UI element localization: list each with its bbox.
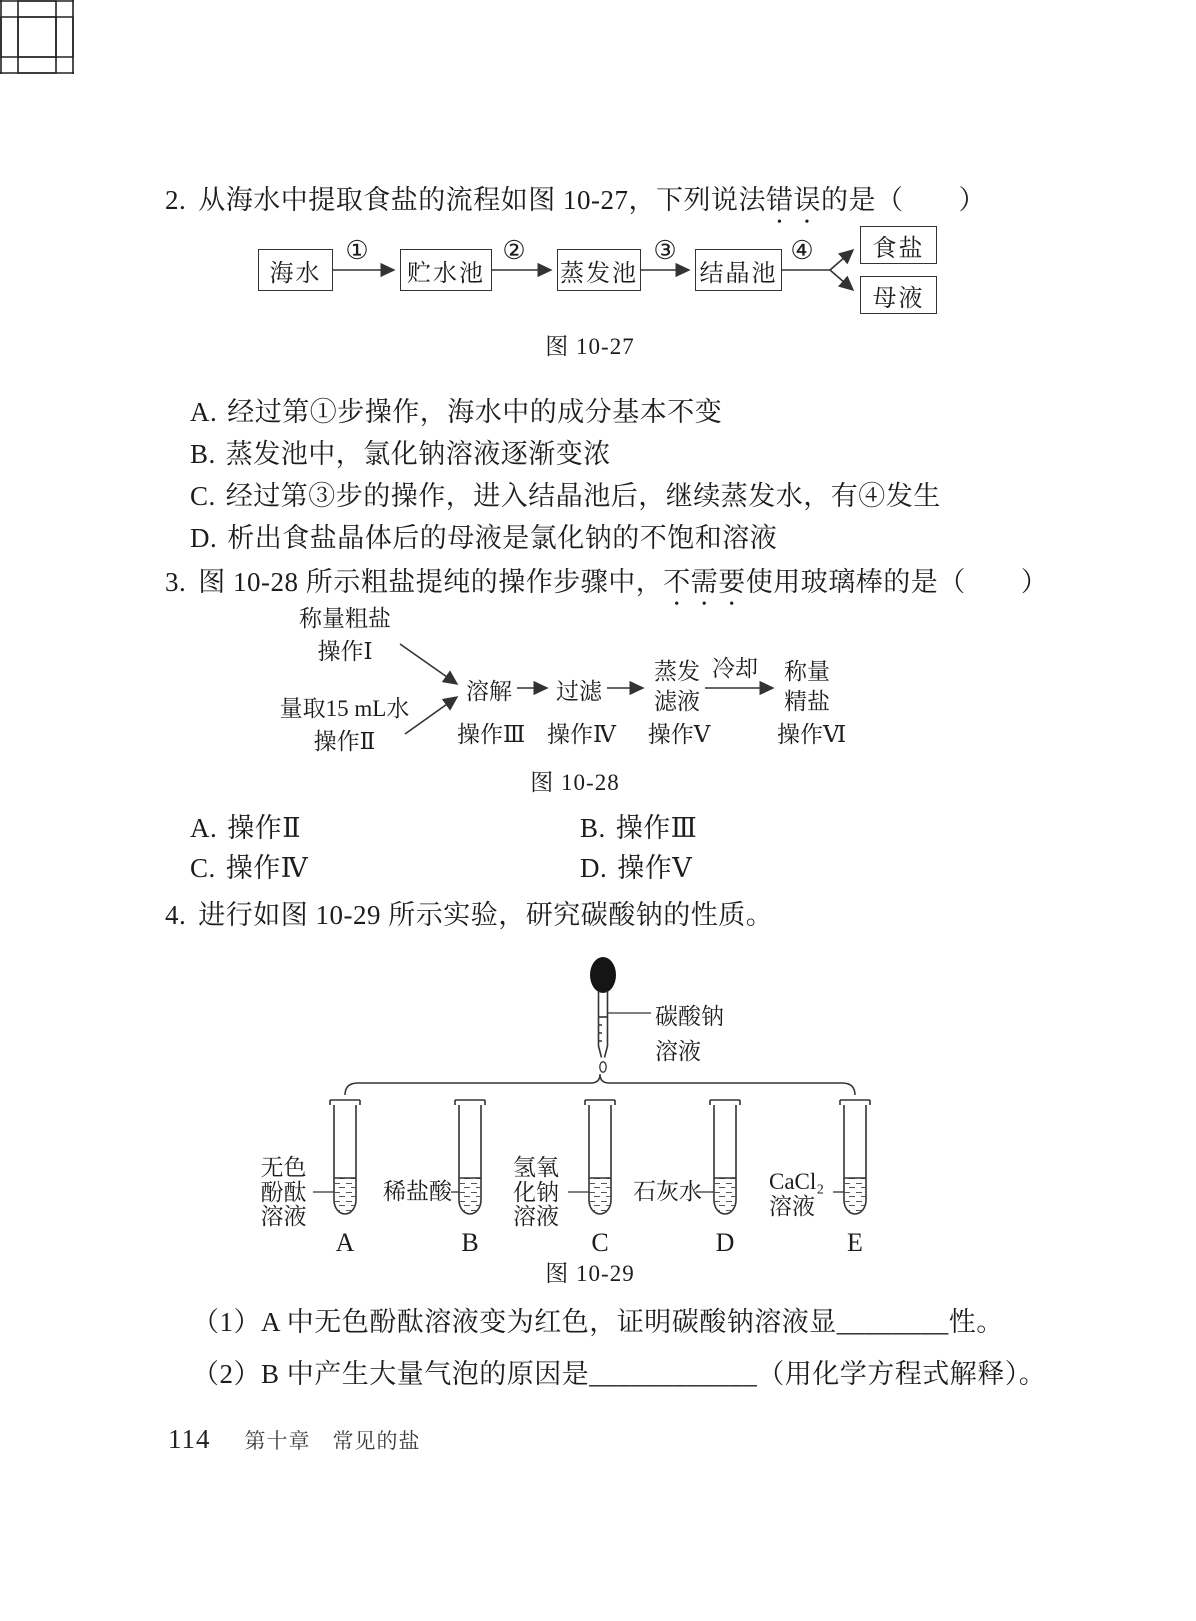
step-1-label: ① [341,236,373,266]
q3-option-a: A.操作Ⅱ [190,806,301,845]
fig28-op-6: 操作Ⅵ [777,716,841,749]
figure-10-27: 海水 贮水池 蒸发池 结晶池 食盐 母液 ① ② ③ ④ [255,222,945,322]
tube-e-label: CaCl₂ 溶液 [769,1169,835,1219]
question-4-number: 4. [165,900,186,930]
fig28-op-4: 操作Ⅳ [547,716,611,749]
test-tube-c [585,1100,615,1214]
crop-mark-bottom-right [0,0,74,74]
figure-10-29: 碳酸钠 溶液 无色 酚酞 溶液 稀盐酸 氢氧 化钠 溶液 石灰水 CaCl₂ 溶… [255,925,915,1290]
q4-sub-question-1: （1）A 中无色酚酞溶液变为红色，证明碳酸钠溶液显________性。 [192,1300,1004,1339]
flow-node-salt: 食盐 [860,226,937,264]
test-tube-e [840,1100,870,1214]
test-tube-d [710,1100,740,1214]
flow-node-storage-pond: 贮水池 [400,249,492,291]
tube-c-letter: C [580,1228,620,1258]
figure-10-28-caption: 图 10-28 [165,764,985,797]
fig28-step-dissolve: 溶解 [465,673,513,706]
fig28-arrow-label-cool: 冷却 [711,650,759,683]
test-tube-a [330,1100,360,1214]
tube-b-letter: B [450,1228,490,1258]
tube-a-label: 无色 酚酞 溶液 [255,1156,312,1230]
fig28-input-measure-water: 量取15 mL水 操作Ⅱ [277,692,412,758]
q3-option-b: B.操作Ⅲ [580,806,697,845]
fig28-step-evaporate-filtrate: 蒸发 滤液 [653,657,701,717]
tube-d-label: 石灰水 [633,1180,695,1205]
fig28-op-3: 操作Ⅲ [457,716,521,749]
flow-node-mother-liquor: 母液 [860,276,937,314]
dropper-label: 碳酸钠 溶液 [655,999,724,1069]
fig28-op-5: 操作Ⅴ [647,716,711,749]
q3-option-c: C.操作Ⅳ [190,846,308,885]
q4-sub-question-2: （2）B 中产生大量气泡的原因是____________（用化学方程式解释）。 [192,1352,1046,1391]
emphasized-word: 错误 [766,185,821,215]
question-3-number: 3. [165,567,186,597]
test-tube-b [455,1100,485,1214]
figure-10-29-caption: 图 10-29 [165,1255,1015,1288]
q2-option-b: B.蒸发池中，氯化钠溶液逐渐变浓 [190,432,611,471]
q2-option-a: A.经过第①步操作，海水中的成分基本不变 [190,390,722,429]
step-4-label: ④ [786,236,818,266]
brace [345,1074,855,1095]
step-3-label: ③ [649,236,681,266]
fig28-input-weigh-crude-salt: 称量粗盐 操作Ⅰ [295,602,395,668]
page-number: 114 [168,1424,211,1455]
tube-d-letter: D [705,1228,745,1258]
q2-option-c: C.经过第③步的操作，进入结晶池后，继续蒸发水，有④发生 [190,474,941,513]
emphasized-word: 不需要 [663,567,746,597]
chapter-title: 第十章 常见的盐 [245,1425,421,1455]
tube-a-letter: A [325,1228,365,1258]
q2-option-d: D.析出食盐晶体后的母液是氯化钠的不饱和溶液 [190,516,777,555]
textbook-page: 2.从海水中提取食盐的流程如图 10-27，下列说法错误的是（ ） 海水 贮水池… [0,0,1196,1621]
question-2-number: 2. [165,185,186,215]
step-2-label: ② [498,236,530,266]
fig28-step-weigh-refined-salt: 称量 精盐 [783,657,831,717]
figure-10-27-caption: 图 10-27 [165,328,1015,361]
tube-e-letter: E [835,1228,875,1258]
dropper-icon [590,957,651,1072]
page-footer: 114 第十章 常见的盐 [168,1424,421,1455]
flow-node-seawater: 海水 [258,249,333,291]
tube-c-label: 氢氧 化钠 溶液 [505,1156,567,1230]
tube-b-label: 稀盐酸 [383,1180,450,1205]
flow-node-crystallization-pond: 结晶池 [695,249,782,291]
q3-option-d: D.操作Ⅴ [580,846,692,885]
figure-10-28: 称量粗盐 操作Ⅰ 量取15 mL水 操作Ⅱ 溶解 操作Ⅲ 过滤 操作Ⅳ 蒸发 滤… [285,600,865,760]
fig28-step-filter: 过滤 [555,673,603,706]
flow-node-evaporation-pond: 蒸发池 [557,249,641,291]
